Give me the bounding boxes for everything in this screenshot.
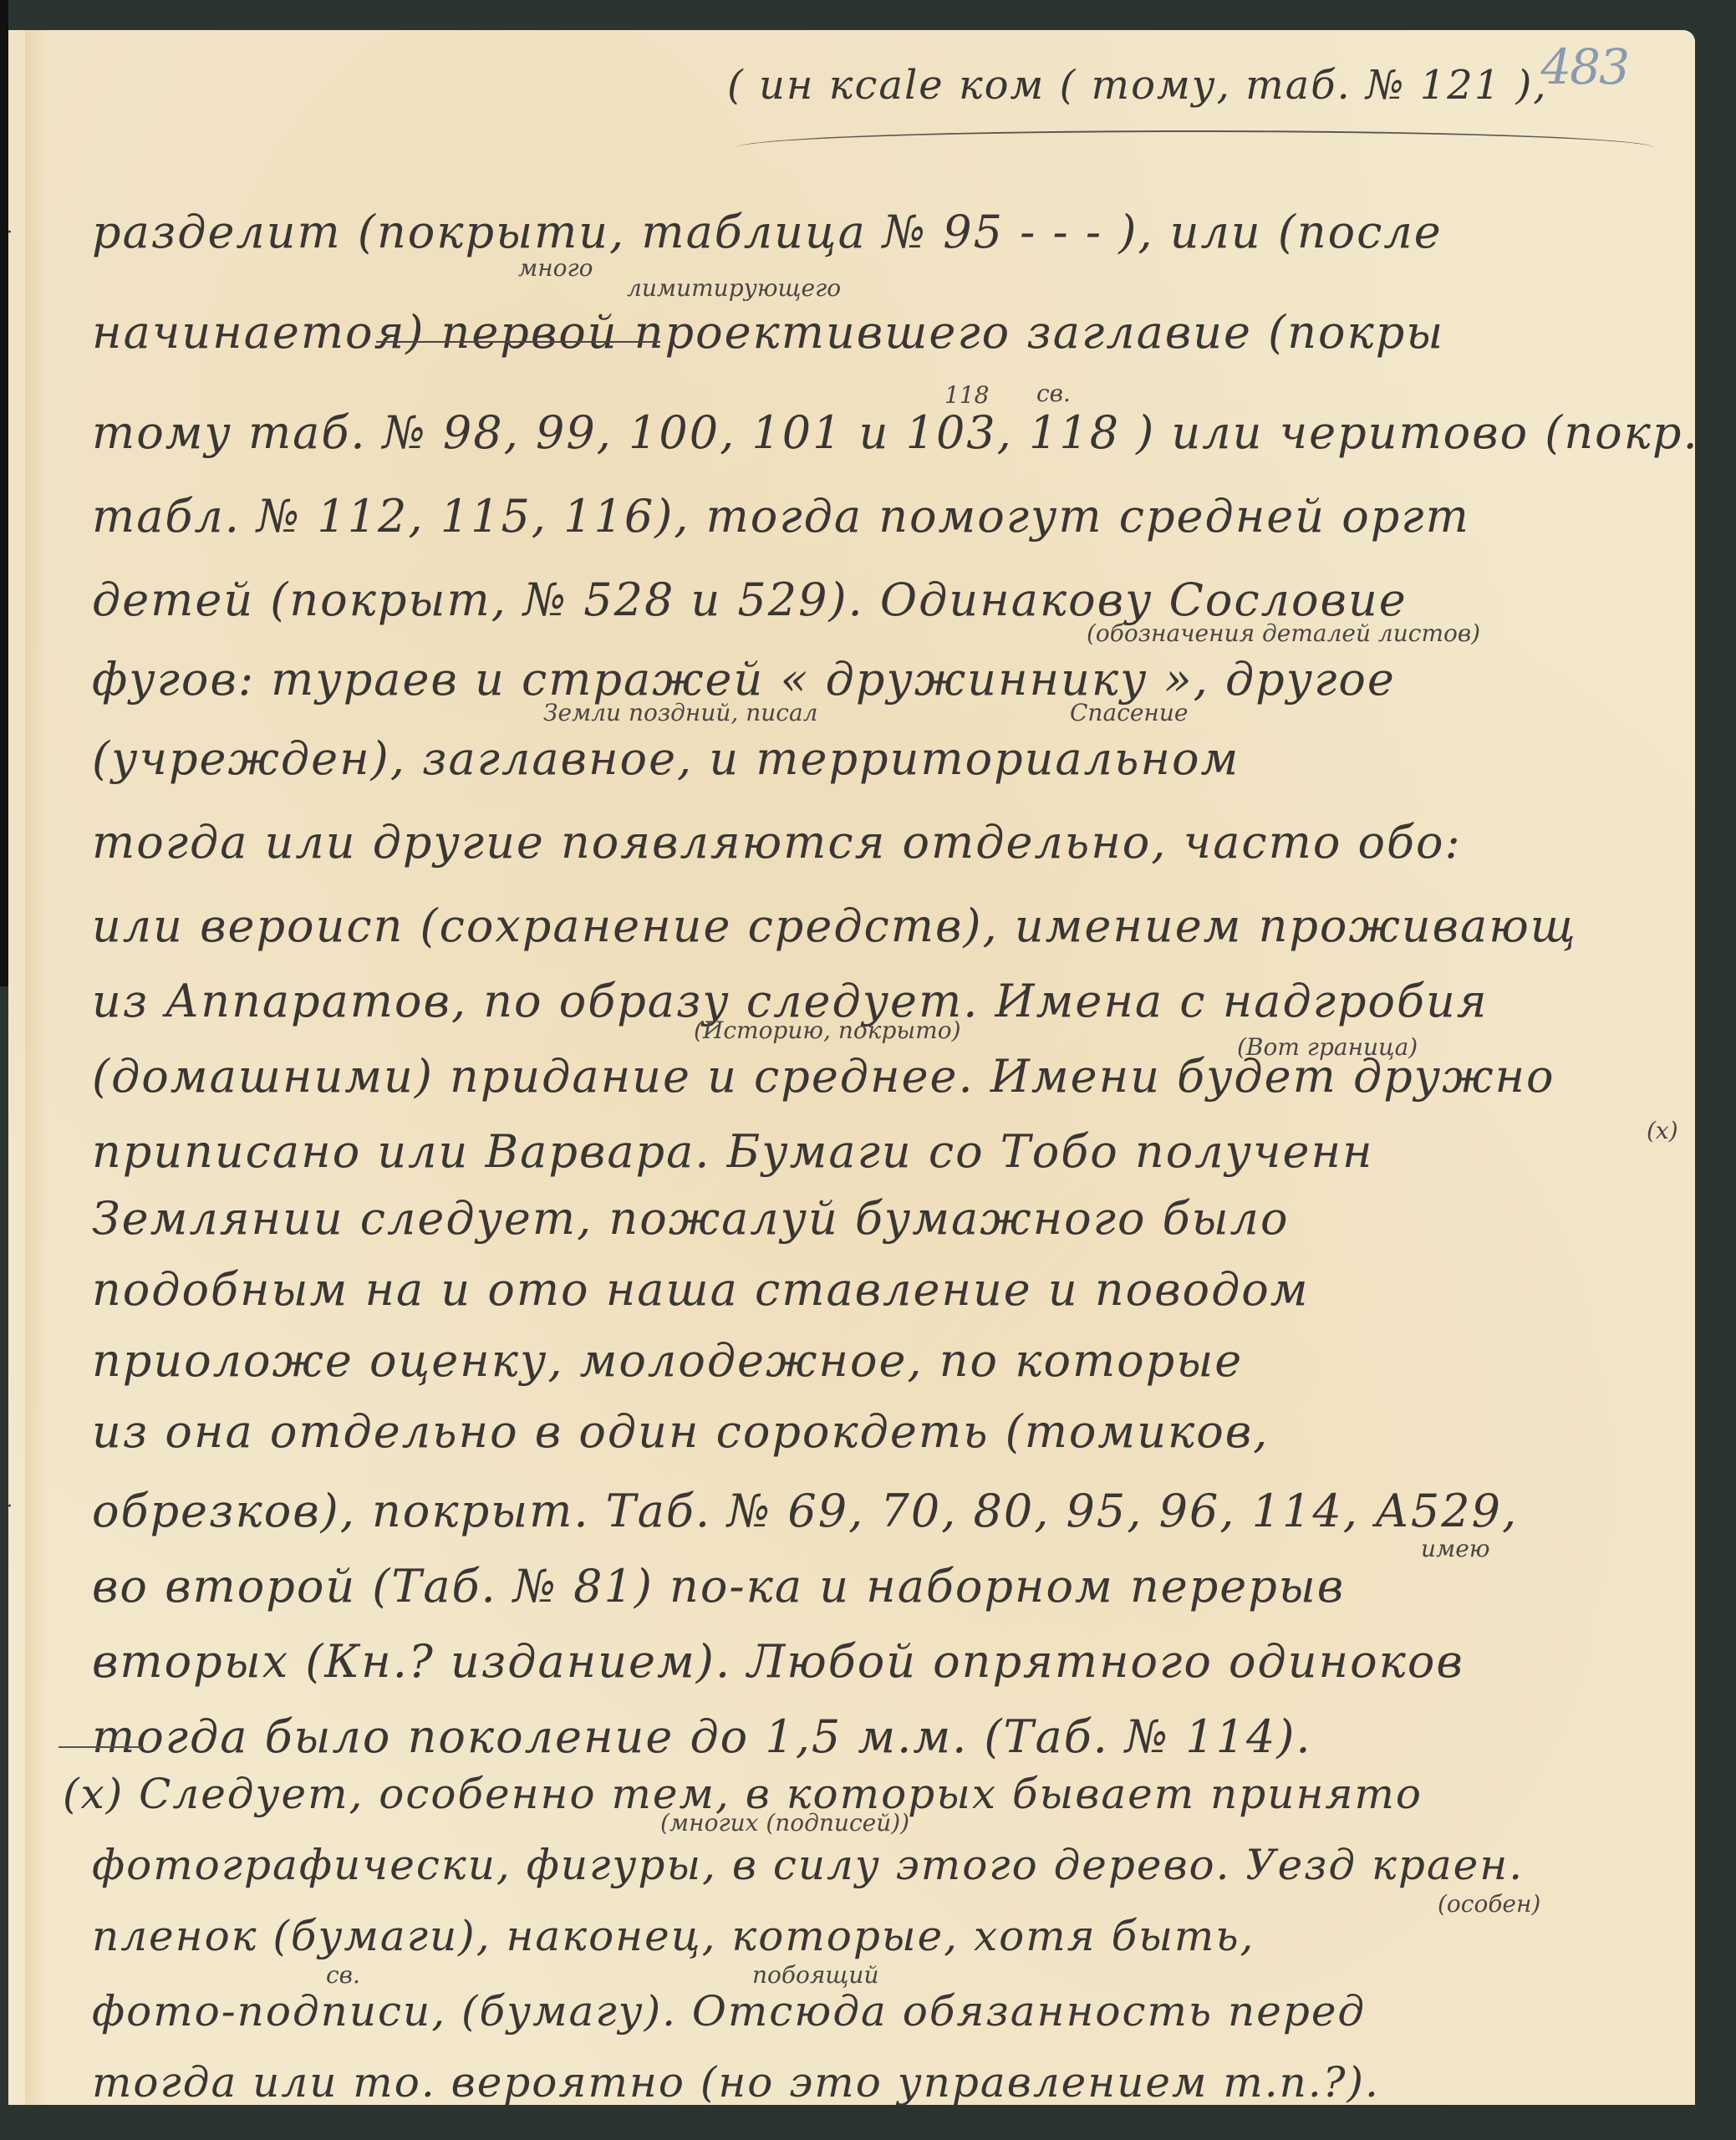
- margin-dot: ·: [7, 222, 13, 243]
- text-line-1: разделит (покрыти, таблица № 95 - - - ),…: [92, 210, 1443, 255]
- header-line: ( ин ксаlе ком ( тому, таб. № 121 ),: [727, 65, 1548, 105]
- folio-number: 483: [1540, 38, 1628, 95]
- text-line-13: Землянии следует, пожалуй бумажного было: [92, 1196, 1289, 1241]
- text-line-3: тому таб. № 98, 99, 100, 101 и 103, 118 …: [92, 410, 1699, 456]
- footnote-line-5: тогда или то. вероятно (но это управлени…: [92, 2061, 1380, 2103]
- insert-line-7b: Спасение: [1070, 699, 1188, 726]
- footnote-insert-4: побоящий: [752, 1961, 878, 1989]
- text-line-9: или вероисп (сохранение средств), имение…: [92, 904, 1577, 949]
- footnote-insert-3: св.: [326, 1961, 360, 1989]
- text-line-14: подобным на и ото наша ставление и повод…: [92, 1267, 1310, 1312]
- footnote-line-2: фотографически, фигуры, в силу этого дер…: [92, 1844, 1524, 1886]
- strike-mark: [376, 341, 660, 343]
- insert-sv: св.: [1036, 380, 1071, 407]
- footnote-insert-2: (особен): [1438, 1890, 1540, 1918]
- text-line-20: тогда было поколение до 1,5 м.м. (Таб. №…: [92, 1715, 1312, 1760]
- insert-line-18: имею: [1421, 1535, 1489, 1562]
- footnote-ref-mark: (x): [1647, 1117, 1678, 1144]
- text-line-7: (учрежден), заглавное, и территориальном: [92, 736, 1240, 782]
- insert-line-6: (обозначения деталей листов): [1087, 619, 1480, 647]
- text-line-18: во второй (Таб. № 81) по-ка и наборном п…: [92, 1564, 1345, 1609]
- footnote-separator: [59, 1746, 142, 1748]
- text-line-19: вторых (Кн.? изданием). Любой опрятного …: [92, 1639, 1464, 1684]
- margin-dot: ·: [7, 1496, 13, 1517]
- header-bracket: [736, 130, 1655, 166]
- text-line-17: обрезков), покрыт. Таб. № 69, 70, 80, 95…: [92, 1489, 1518, 1534]
- text-line-15: приоложе оценку, молодежное, по которые: [92, 1338, 1243, 1383]
- insert-line-11a: (Историю, покрыто): [694, 1016, 961, 1044]
- text-line-12: приписано или Варвара. Бумаги со Тобо по…: [92, 1129, 1374, 1174]
- insert-above-line-2b: лимитирующего: [627, 274, 841, 302]
- footnote-line-1: (x) Следует, особенно тем, в которых быв…: [63, 1773, 1423, 1815]
- insert-above-line-2a: много: [518, 254, 593, 282]
- manuscript-page: 483 ( ин ксаlе ком ( тому, таб. № 121 ),…: [8, 30, 1695, 2105]
- text-line-4: табл. № 112, 115, 116), тогда помогут ср…: [92, 494, 1470, 539]
- text-line-6: фугов: тураев и стражей « дружиннику », …: [92, 657, 1396, 702]
- text-line-2: начинаетоя) первой проектившего заглавие…: [92, 310, 1444, 355]
- insert-118: 118: [944, 381, 989, 409]
- text-line-16: из она отдельно в один сорокдеть (томико…: [92, 1409, 1269, 1455]
- footnote-line-3: пленок (бумаги), наконец, которые, хотя …: [92, 1915, 1255, 1957]
- binding-edge: [0, 0, 8, 986]
- text-line-11: (домашними) придание и среднее. Имени бу…: [92, 1054, 1555, 1099]
- insert-line-7a: Земли поздний, писал: [543, 699, 817, 726]
- text-line-8: тогда или другие появляются отдельно, ча…: [92, 820, 1462, 865]
- footnote-line-4: фото-подписи, (бумагу). Отсюда обязаннос…: [92, 1990, 1366, 2032]
- text-line-5: детей (покрыт, № 528 и 529). Одинакову С…: [92, 578, 1408, 623]
